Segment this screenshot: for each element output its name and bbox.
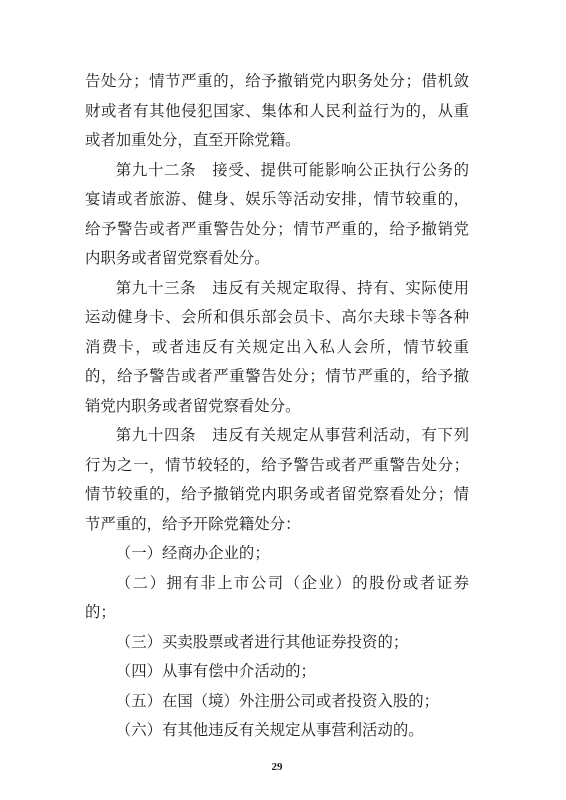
page-number: 29 xyxy=(85,761,469,774)
paragraph: （二）拥有非上市公司（企业）的股份或者证券的； xyxy=(85,569,469,628)
paragraph: （四）从事有偿中介活动的； xyxy=(85,657,469,687)
document-page: 告处分；情节严重的，给予撤销党内职务处分；借机敛财或者有其他侵犯国家、集体和人民… xyxy=(0,0,566,800)
paragraph: 告处分；情节严重的，给予撤销党内职务处分；借机敛财或者有其他侵犯国家、集体和人民… xyxy=(85,67,469,156)
paragraph: （三）买卖股票或者进行其他证券投资的； xyxy=(85,628,469,658)
paragraph: 第九十二条 接受、提供可能影响公正执行公务的宴请或者旅游、健身、娱乐等活动安排，… xyxy=(85,156,469,274)
paragraph: （一）经商办企业的； xyxy=(85,539,469,569)
document-body: 告处分；情节严重的，给予撤销党内职务处分；借机敛财或者有其他侵犯国家、集体和人民… xyxy=(85,67,469,746)
paragraph: （六）有其他违反有关规定从事营利活动的。 xyxy=(85,716,469,746)
paragraph: （五）在国（境）外注册公司或者投资入股的； xyxy=(85,687,469,717)
paragraph: 第九十四条 违反有关规定从事营利活动，有下列行为之一，情节较轻的，给予警告或者严… xyxy=(85,421,469,539)
paragraph: 第九十三条 违反有关规定取得、持有、实际使用运动健身卡、会所和俱乐部会员卡、高尔… xyxy=(85,274,469,422)
